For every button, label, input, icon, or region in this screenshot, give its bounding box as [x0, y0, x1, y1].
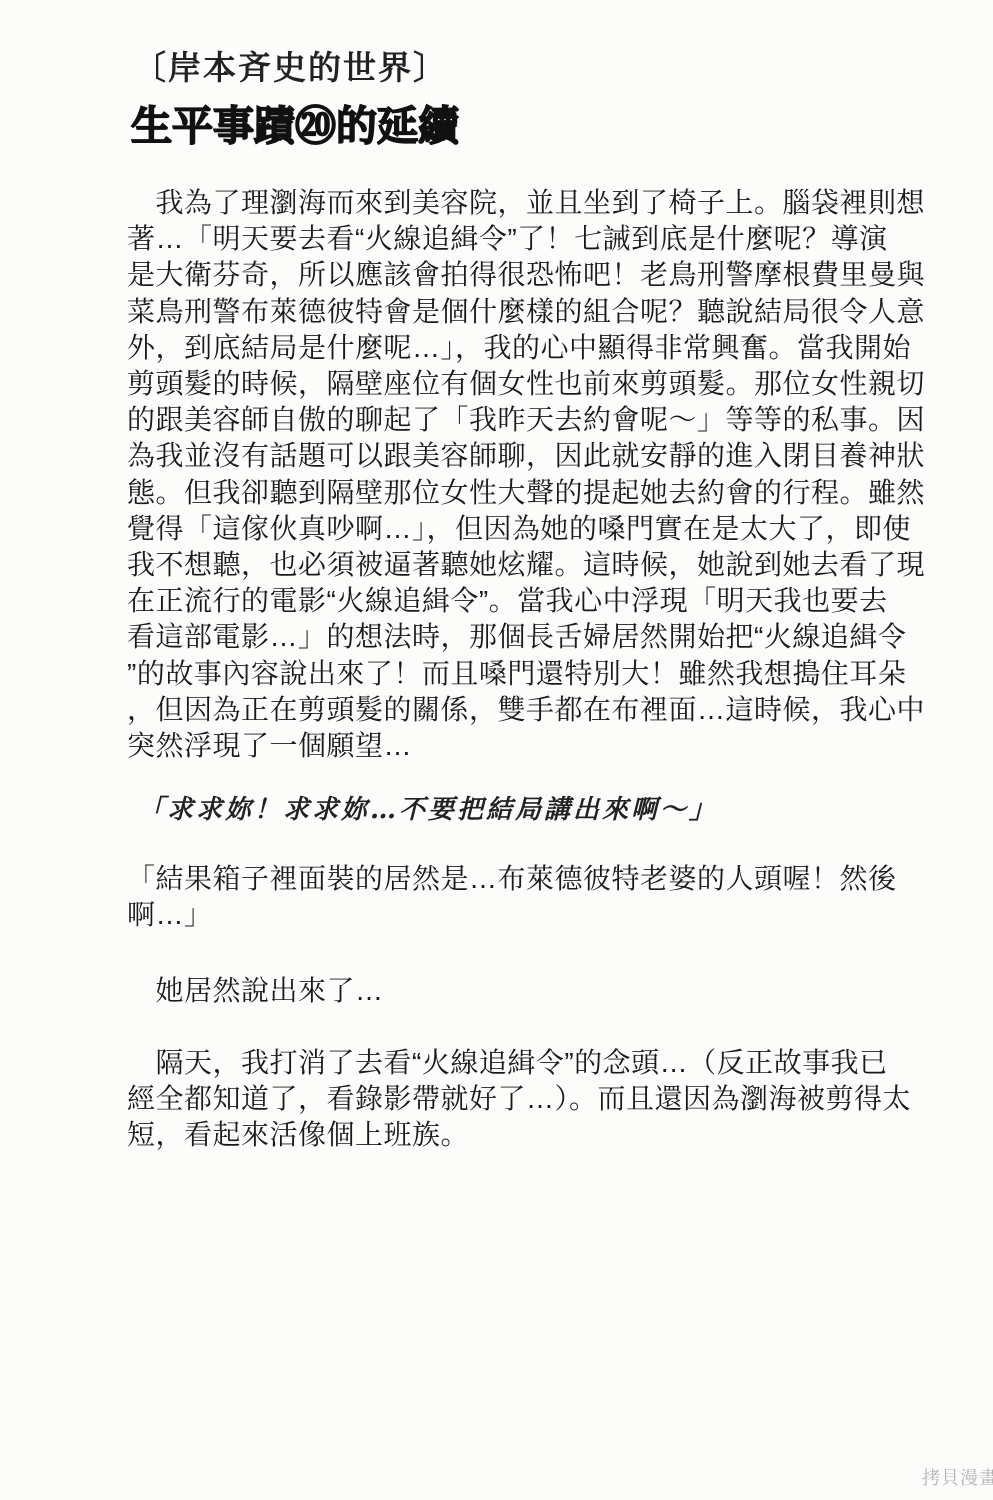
manga-column-page: 〔岸本斉史的世界〕 生平事蹟⑳的延續 我為了理瀏海而來到美容院，並且坐到了椅子上…	[0, 0, 993, 1500]
watermark: 拷貝漫畫	[922, 1464, 993, 1490]
paragraph-aftermath: 隔天，我打消了去看“火線追緝令”的念頭…（反正故事我已 經全都知道了，看錄影帶就…	[127, 1045, 972, 1154]
quote-spoiler: 「結果箱子裡面裝的居然是…布萊德彼特老婆的人頭喔！然後 啊…」	[127, 861, 972, 933]
line-she-said: 她居然說出來了…	[127, 973, 972, 1009]
quote-plea: 「求求妳！求求妳…不要把結局講出來啊～」	[138, 789, 978, 826]
page-title: 生平事蹟⑳的延續	[131, 93, 459, 152]
column-header: 〔岸本斉史的世界〕	[133, 42, 448, 89]
paragraph-main: 我為了理瀏海而來到美容院，並且坐到了椅子上。腦袋裡則想 著…「明天要去看“火線追…	[127, 185, 972, 764]
